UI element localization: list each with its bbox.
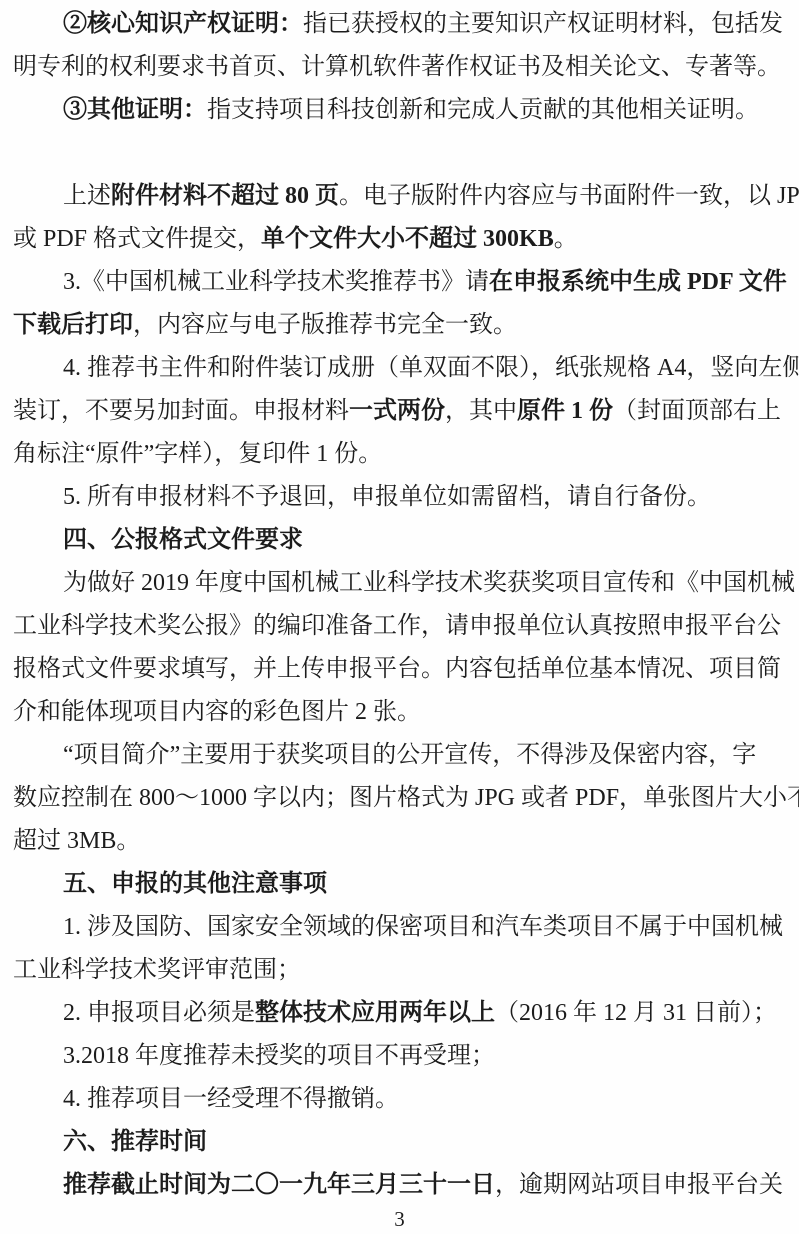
text-line: 装订，不要另加封面。申报材料一式两份，其中原件 1 份（封面顶部右上	[13, 390, 790, 433]
document-body: ②核心知识产权证明：指已获授权的主要知识产权证明材料，包括发明专利的权利要求书首…	[0, 0, 799, 1207]
text-run: 3.《中国机械工业科学技术奖推荐书》请	[63, 269, 489, 295]
bold-text-run: 一式两份	[349, 398, 445, 424]
text-run: （2016 年 12 月 31 日前）；	[495, 1000, 777, 1026]
bold-text-run: 原件 1 份	[517, 398, 613, 424]
section-heading: 四、公报格式文件要求	[13, 519, 790, 562]
text-line: 工业科学技术奖公报》的编印准备工作，请申报单位认真按照申报平台公	[13, 605, 790, 648]
text-run: 或 PDF 格式文件提交，	[13, 226, 261, 252]
section-heading: 六、推荐时间	[13, 1121, 790, 1164]
page-number: 3	[0, 1206, 799, 1232]
text-run: 介和能体现项目内容的彩色图片 2 张。	[13, 699, 421, 725]
text-run: 1. 涉及国防、国家安全领域的保密项目和汽车类项目不属于中国机械	[63, 914, 783, 940]
text-run: ，逾期网站项目申报平台关	[495, 1172, 783, 1198]
text-line: 数应控制在 800～1000 字以内；图片格式为 JPG 或者 PDF，单张图片…	[13, 777, 790, 820]
bold-text-run: ③其他证明：	[63, 97, 207, 123]
text-line: ③其他证明：指支持项目科技创新和完成人贡献的其他相关证明。	[13, 89, 790, 132]
text-line: 介和能体现项目内容的彩色图片 2 张。	[13, 691, 790, 734]
text-run: （封面顶部右上	[613, 398, 781, 424]
text-line: 报格式文件要求填写，并上传申报平台。内容包括单位基本情况、项目简	[13, 648, 790, 691]
text-run: 角标注“原件”字样），复印件 1 份。	[13, 441, 382, 467]
text-line: “项目简介”主要用于获奖项目的公开宣传，不得涉及保密内容，字	[13, 734, 790, 777]
text-line: 4. 推荐项目一经受理不得撤销。	[13, 1078, 790, 1121]
text-run: 5. 所有申报材料不予退回，申报单位如需留档，请自行备份。	[63, 484, 711, 510]
bold-text-run: 四、公报格式文件要求	[63, 527, 303, 553]
text-line: 为做好 2019 年度中国机械工业科学技术奖获奖项目宣传和《中国机械	[13, 562, 790, 605]
bold-text-run: 推荐截止时间为二〇一九年三月三十一日	[63, 1172, 495, 1198]
text-run: 3.2018 年度推荐未授奖的项目不再受理；	[63, 1043, 495, 1069]
text-run: 数应控制在 800～1000 字以内；图片格式为 JPG 或者 PDF，单张图片…	[13, 785, 799, 811]
bold-text-run: ②核心知识产权证明：	[63, 11, 303, 37]
text-run: 报格式文件要求填写，并上传申报平台。内容包括单位基本情况、项目简	[13, 656, 781, 682]
text-line: 3.2018 年度推荐未授奖的项目不再受理；	[13, 1035, 790, 1078]
text-line: 超过 3MB。	[13, 820, 790, 863]
text-line: 角标注“原件”字样），复印件 1 份。	[13, 433, 790, 476]
text-line: 明专利的权利要求书首页、计算机软件著作权证书及相关论文、专著等。	[13, 46, 790, 89]
section-heading: 五、申报的其他注意事项	[13, 863, 790, 906]
bold-text-run: 在申报系统中生成 PDF 文件	[489, 269, 787, 295]
text-run: ，其中	[445, 398, 517, 424]
text-run: 。	[554, 226, 578, 252]
text-line: 5. 所有申报材料不予退回，申报单位如需留档，请自行备份。	[13, 476, 790, 519]
text-run: ，内容应与电子版推荐书完全一致。	[133, 312, 517, 338]
text-line: 4. 推荐书主件和附件装订成册（单双面不限），纸张规格 A4，竖向左侧	[13, 347, 790, 390]
text-run: 。电子版附件内容应与书面附件一致，以 JPG	[339, 183, 799, 209]
bold-text-run: 五、申报的其他注意事项	[63, 871, 327, 897]
text-run: 装订，不要另加封面。申报材料	[13, 398, 349, 424]
bold-text-run: 附件材料不超过 80 页	[111, 183, 339, 209]
text-run: 指已获授权的主要知识产权证明材料，包括发	[303, 11, 783, 37]
text-run: 明专利的权利要求书首页、计算机软件著作权证书及相关论文、专著等。	[13, 54, 781, 80]
text-run: 上述	[63, 183, 111, 209]
text-line: 或 PDF 格式文件提交，单个文件大小不超过 300KB。	[13, 218, 790, 261]
text-run: 工业科学技术奖公报》的编印准备工作，请申报单位认真按照申报平台公	[13, 613, 781, 639]
text-run: 超过 3MB。	[13, 828, 140, 854]
text-run: 为做好 2019 年度中国机械工业科学技术奖获奖项目宣传和《中国机械	[63, 570, 795, 596]
document-page: ②核心知识产权证明：指已获授权的主要知识产权证明材料，包括发明专利的权利要求书首…	[0, 0, 799, 1234]
text-run: 工业科学技术奖评审范围；	[13, 957, 301, 983]
text-line: 3.《中国机械工业科学技术奖推荐书》请在申报系统中生成 PDF 文件	[13, 261, 790, 304]
bold-text-run: 下载后打印	[13, 312, 133, 338]
text-line: 2. 申报项目必须是整体技术应用两年以上（2016 年 12 月 31 日前）；	[13, 992, 790, 1035]
text-line: ②核心知识产权证明：指已获授权的主要知识产权证明材料，包括发	[13, 3, 790, 46]
text-line: 上述附件材料不超过 80 页。电子版附件内容应与书面附件一致，以 JPG	[13, 175, 790, 218]
text-run: “项目简介”主要用于获奖项目的公开宣传，不得涉及保密内容，字	[63, 742, 756, 768]
text-run: 4. 推荐书主件和附件装订成册（单双面不限），纸张规格 A4，竖向左侧	[63, 355, 799, 381]
bold-text-run: 单个文件大小不超过 300KB	[261, 226, 554, 252]
bold-text-run: 六、推荐时间	[63, 1129, 207, 1155]
text-line: 工业科学技术奖评审范围；	[13, 949, 790, 992]
blank-line	[13, 132, 790, 175]
text-run: 2. 申报项目必须是	[63, 1000, 255, 1026]
text-run: 4. 推荐项目一经受理不得撤销。	[63, 1086, 399, 1112]
text-line: 推荐截止时间为二〇一九年三月三十一日，逾期网站项目申报平台关	[13, 1164, 790, 1207]
text-line: 1. 涉及国防、国家安全领域的保密项目和汽车类项目不属于中国机械	[13, 906, 790, 949]
text-run: 指支持项目科技创新和完成人贡献的其他相关证明。	[207, 97, 759, 123]
text-line: 下载后打印，内容应与电子版推荐书完全一致。	[13, 304, 790, 347]
bold-text-run: 整体技术应用两年以上	[255, 1000, 495, 1026]
